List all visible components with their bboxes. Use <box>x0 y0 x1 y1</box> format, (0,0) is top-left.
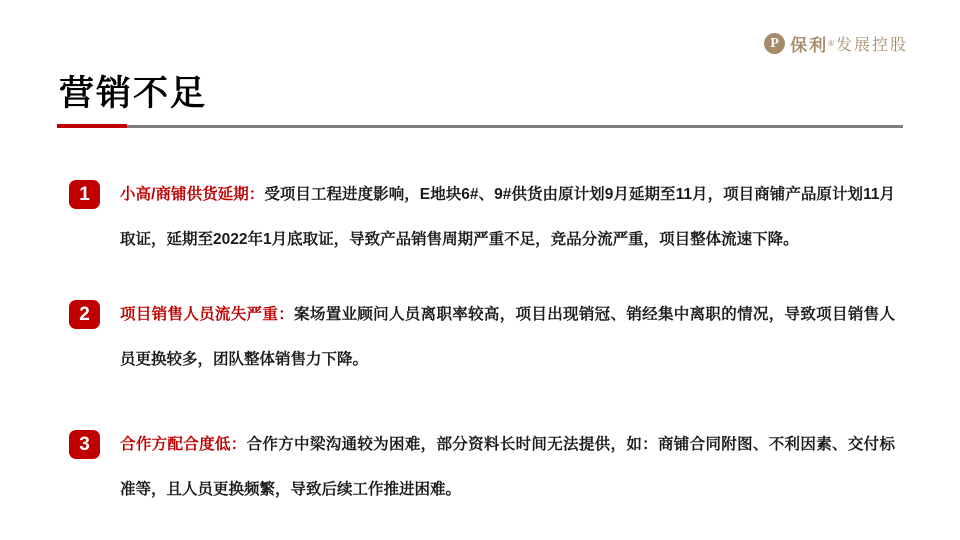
issue-number-badge-2: 2 <box>69 300 100 329</box>
presentation-slide: P 保利 ® 发展控股 营销不足 1 小高/商铺供货延期：受项目工程进度影响，E… <box>0 0 960 540</box>
title-underline-red-segment <box>57 124 127 128</box>
issue-lead-2: 项目销售人员流失严重： <box>120 306 294 323</box>
issue-number-badge-1: 1 <box>69 180 100 209</box>
issue-item-1: 1 小高/商铺供货延期：受项目工程进度影响，E地块6#、9#供货由原计划9月延期… <box>69 172 899 262</box>
title-underline <box>57 125 903 128</box>
logo-suffix-text: 发展控股 <box>836 32 908 55</box>
title-underline-gray-segment <box>127 125 903 128</box>
issue-text-3: 合作方配合度低：合作方中梁沟通较为困难，部分资料长时间无法提供，如：商铺合同附图… <box>120 422 895 512</box>
issue-text-1: 小高/商铺供货延期：受项目工程进度影响，E地块6#、9#供货由原计划9月延期至1… <box>120 172 895 262</box>
registered-trademark-icon: ® <box>828 39 834 48</box>
issue-number-badge-3: 3 <box>69 430 100 459</box>
page-title: 营销不足 <box>59 66 207 116</box>
company-logo: P 保利 ® 发展控股 <box>764 31 908 56</box>
issue-lead-3: 合作方配合度低： <box>120 436 247 453</box>
issue-item-3: 3 合作方配合度低：合作方中梁沟通较为困难，部分资料长时间无法提供，如：商铺合同… <box>69 422 899 512</box>
logo-brand-text: 保利 <box>790 31 828 56</box>
issue-item-2: 2 项目销售人员流失严重：案场置业顾问人员离职率较高，项目出现销冠、销经集中离职… <box>69 292 899 382</box>
issue-lead-1: 小高/商铺供货延期： <box>120 186 264 203</box>
poly-p-icon: P <box>764 33 785 54</box>
issue-text-2: 项目销售人员流失严重：案场置业顾问人员离职率较高，项目出现销冠、销经集中离职的情… <box>120 292 895 382</box>
